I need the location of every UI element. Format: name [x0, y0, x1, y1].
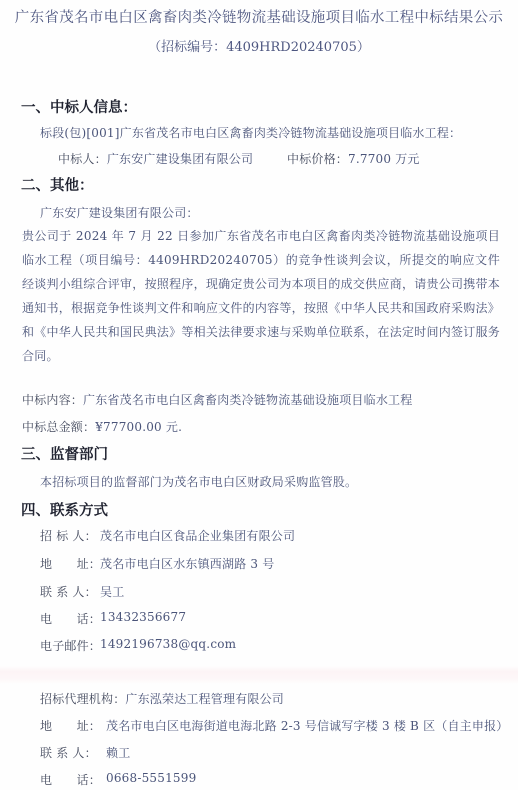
award-total-label: 中标总金额： — [22, 420, 95, 434]
agency-phone-label: 电 话： — [40, 771, 106, 788]
tenderer-phone-label: 电 话： — [40, 610, 100, 627]
price-label: 中标价格： — [287, 152, 348, 166]
agency-phone-row: 电 话：0668-5551599 — [40, 771, 196, 788]
agency-name-row: 招标代理机构：广东泓荣达工程管理有限公司 — [40, 690, 284, 707]
section-heading-other: 二、其他： — [21, 174, 94, 195]
price-line: 中标价格：7.7700 万元 — [287, 150, 420, 167]
agency-phone-value: 0668-5551599 — [106, 771, 196, 788]
document-title: 广东省茂名市电白区禽畜肉类冷链物流基础设施项目临水工程中标结果公示 — [0, 6, 518, 27]
document-subtitle: （招标编号：4409HRD20240705） — [0, 36, 518, 55]
salutation: 广东安广建设集团有限公司： — [40, 204, 199, 221]
award-total-value: ¥77700.00 元. — [95, 420, 182, 434]
tenderer-phone-value: 13432356677 — [100, 610, 186, 627]
agency-contact-row: 联 系 人：赖工 — [40, 744, 130, 761]
award-content-line: 中标内容：广东省茂名市电白区禽畜肉类冷链物流基础设施项目临水工程 — [22, 391, 412, 408]
tenderer-name-label: 招 标 人： — [40, 527, 100, 544]
tenderer-email-label: 电子邮件： — [40, 637, 100, 654]
tenderer-name-row: 招 标 人：茂名市电白区食品企业集团有限公司 — [40, 527, 295, 544]
tenderer-name-value: 茂名市电白区食品企业集团有限公司 — [100, 527, 295, 544]
announcement-page: 广东省茂名市电白区禽畜肉类冷链物流基础设施项目临水工程中标结果公示 （招标编号：… — [0, 0, 518, 790]
scan-artifact-band — [0, 666, 518, 684]
notice-body: 贵公司于 2024 年 7 月 22 日参加广东省茂名市电白区禽畜肉类冷链物流基… — [22, 224, 500, 368]
agency-address-value: 茂名市电白区电海街道电海北路 2-3 号信诚写字楼 3 楼 B 区（自主申报） — [106, 717, 508, 734]
price-value: 7.7700 万元 — [348, 152, 420, 166]
agency-address-row: 地 址：茂名市电白区电海街道电海北路 2-3 号信诚写字楼 3 楼 B 区（自主… — [40, 717, 508, 734]
agency-name-label: 招标代理机构： — [40, 690, 125, 707]
award-total-line: 中标总金额：¥77700.00 元. — [22, 418, 182, 435]
section-heading-winner-info: 一、中标人信息： — [21, 96, 137, 117]
lot-line: 标段(包)[001]广东省茂名市电白区禽畜肉类冷链物流基础设施项目临水工程： — [40, 124, 461, 141]
tenderer-contact-value: 吴工 — [100, 583, 124, 600]
agency-contact-label: 联 系 人： — [40, 744, 106, 761]
tenderer-address-row: 地 址：茂名市电白区水东镇西湖路 3 号 — [40, 555, 274, 572]
agency-contact-value: 赖工 — [106, 744, 130, 761]
tenderer-contact-row: 联 系 人：吴工 — [40, 583, 124, 600]
agency-address-label: 地 址： — [40, 717, 106, 734]
tenderer-email-row: 电子邮件：1492196738@qq.com — [40, 637, 236, 654]
supervision-body: 本招标项目的监督部门为茂名市电白区财政局采购监管股。 — [40, 473, 357, 490]
agency-name-value: 广东泓荣达工程管理有限公司 — [125, 690, 284, 707]
winner-line: 中标人：广东安广建设集团有限公司 — [58, 150, 253, 167]
award-content-value: 广东省茂名市电白区禽畜肉类冷链物流基础设施项目临水工程 — [83, 393, 412, 407]
winner-value: 广东安广建设集团有限公司 — [107, 152, 253, 166]
section-heading-contact: 四、联系方式 — [21, 499, 108, 520]
tenderer-email-value: 1492196738@qq.com — [100, 637, 236, 654]
tenderer-address-value: 茂名市电白区水东镇西湖路 3 号 — [100, 555, 274, 572]
winner-label: 中标人： — [58, 152, 107, 166]
tenderer-phone-row: 电 话：13432356677 — [40, 610, 186, 627]
section-heading-supervision: 三、监督部门 — [21, 443, 108, 464]
award-content-label: 中标内容： — [22, 393, 83, 407]
tenderer-address-label: 地 址： — [40, 555, 100, 572]
tenderer-contact-label: 联 系 人： — [40, 583, 100, 600]
